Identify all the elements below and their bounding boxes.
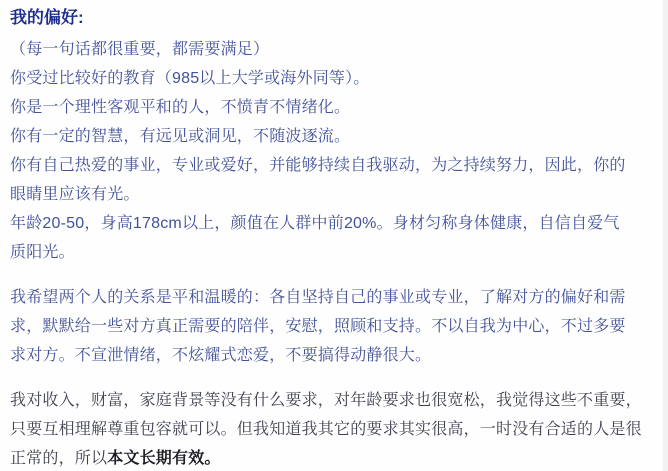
preferences-document: 我的偏好: （每一句话都很重要，都需要满足） 你受过比较好的教育（985以上大学… xyxy=(0,0,668,471)
closing-statement: 我对收入，财富，家庭背景等没有什么要求，对年龄要求也很宽松，我觉得这些不重要， … xyxy=(10,386,656,471)
requirement-temperament: 你是一个理性客观平和的人，不愤青不情绪化。 xyxy=(10,93,656,122)
requirement-education: 你受过比较好的教育（985以上大学或海外同等）。 xyxy=(10,64,656,93)
relationship-expectation: 我希望两个人的关系是平和温暖的：各自坚持自己的事业或专业，了解对方的偏好和需 求… xyxy=(10,283,656,370)
note-line: （每一句话都很重要，都需要满足） xyxy=(10,35,656,64)
long-term-valid-emphasis: 本文长期有效。 xyxy=(107,450,220,467)
page-title: 我的偏好: xyxy=(10,5,656,31)
requirement-wisdom: 你有一定的智慧，有远见或洞见，不随波逐流。 xyxy=(10,122,656,151)
requirement-appearance: 年龄20-50，身高178cm以上，颜值在人群中前20%。身材匀称身体健康，自信… xyxy=(10,209,656,267)
requirement-career: 你有自己热爱的事业，专业或爱好，并能够持续自我驱动，为之持续努力，因此，你的 眼… xyxy=(10,151,656,209)
right-edge-strip xyxy=(663,0,668,471)
closing-text: 我对收入，财富，家庭背景等没有什么要求，对年龄要求也很宽松，我觉得这些不重要， … xyxy=(10,392,642,467)
